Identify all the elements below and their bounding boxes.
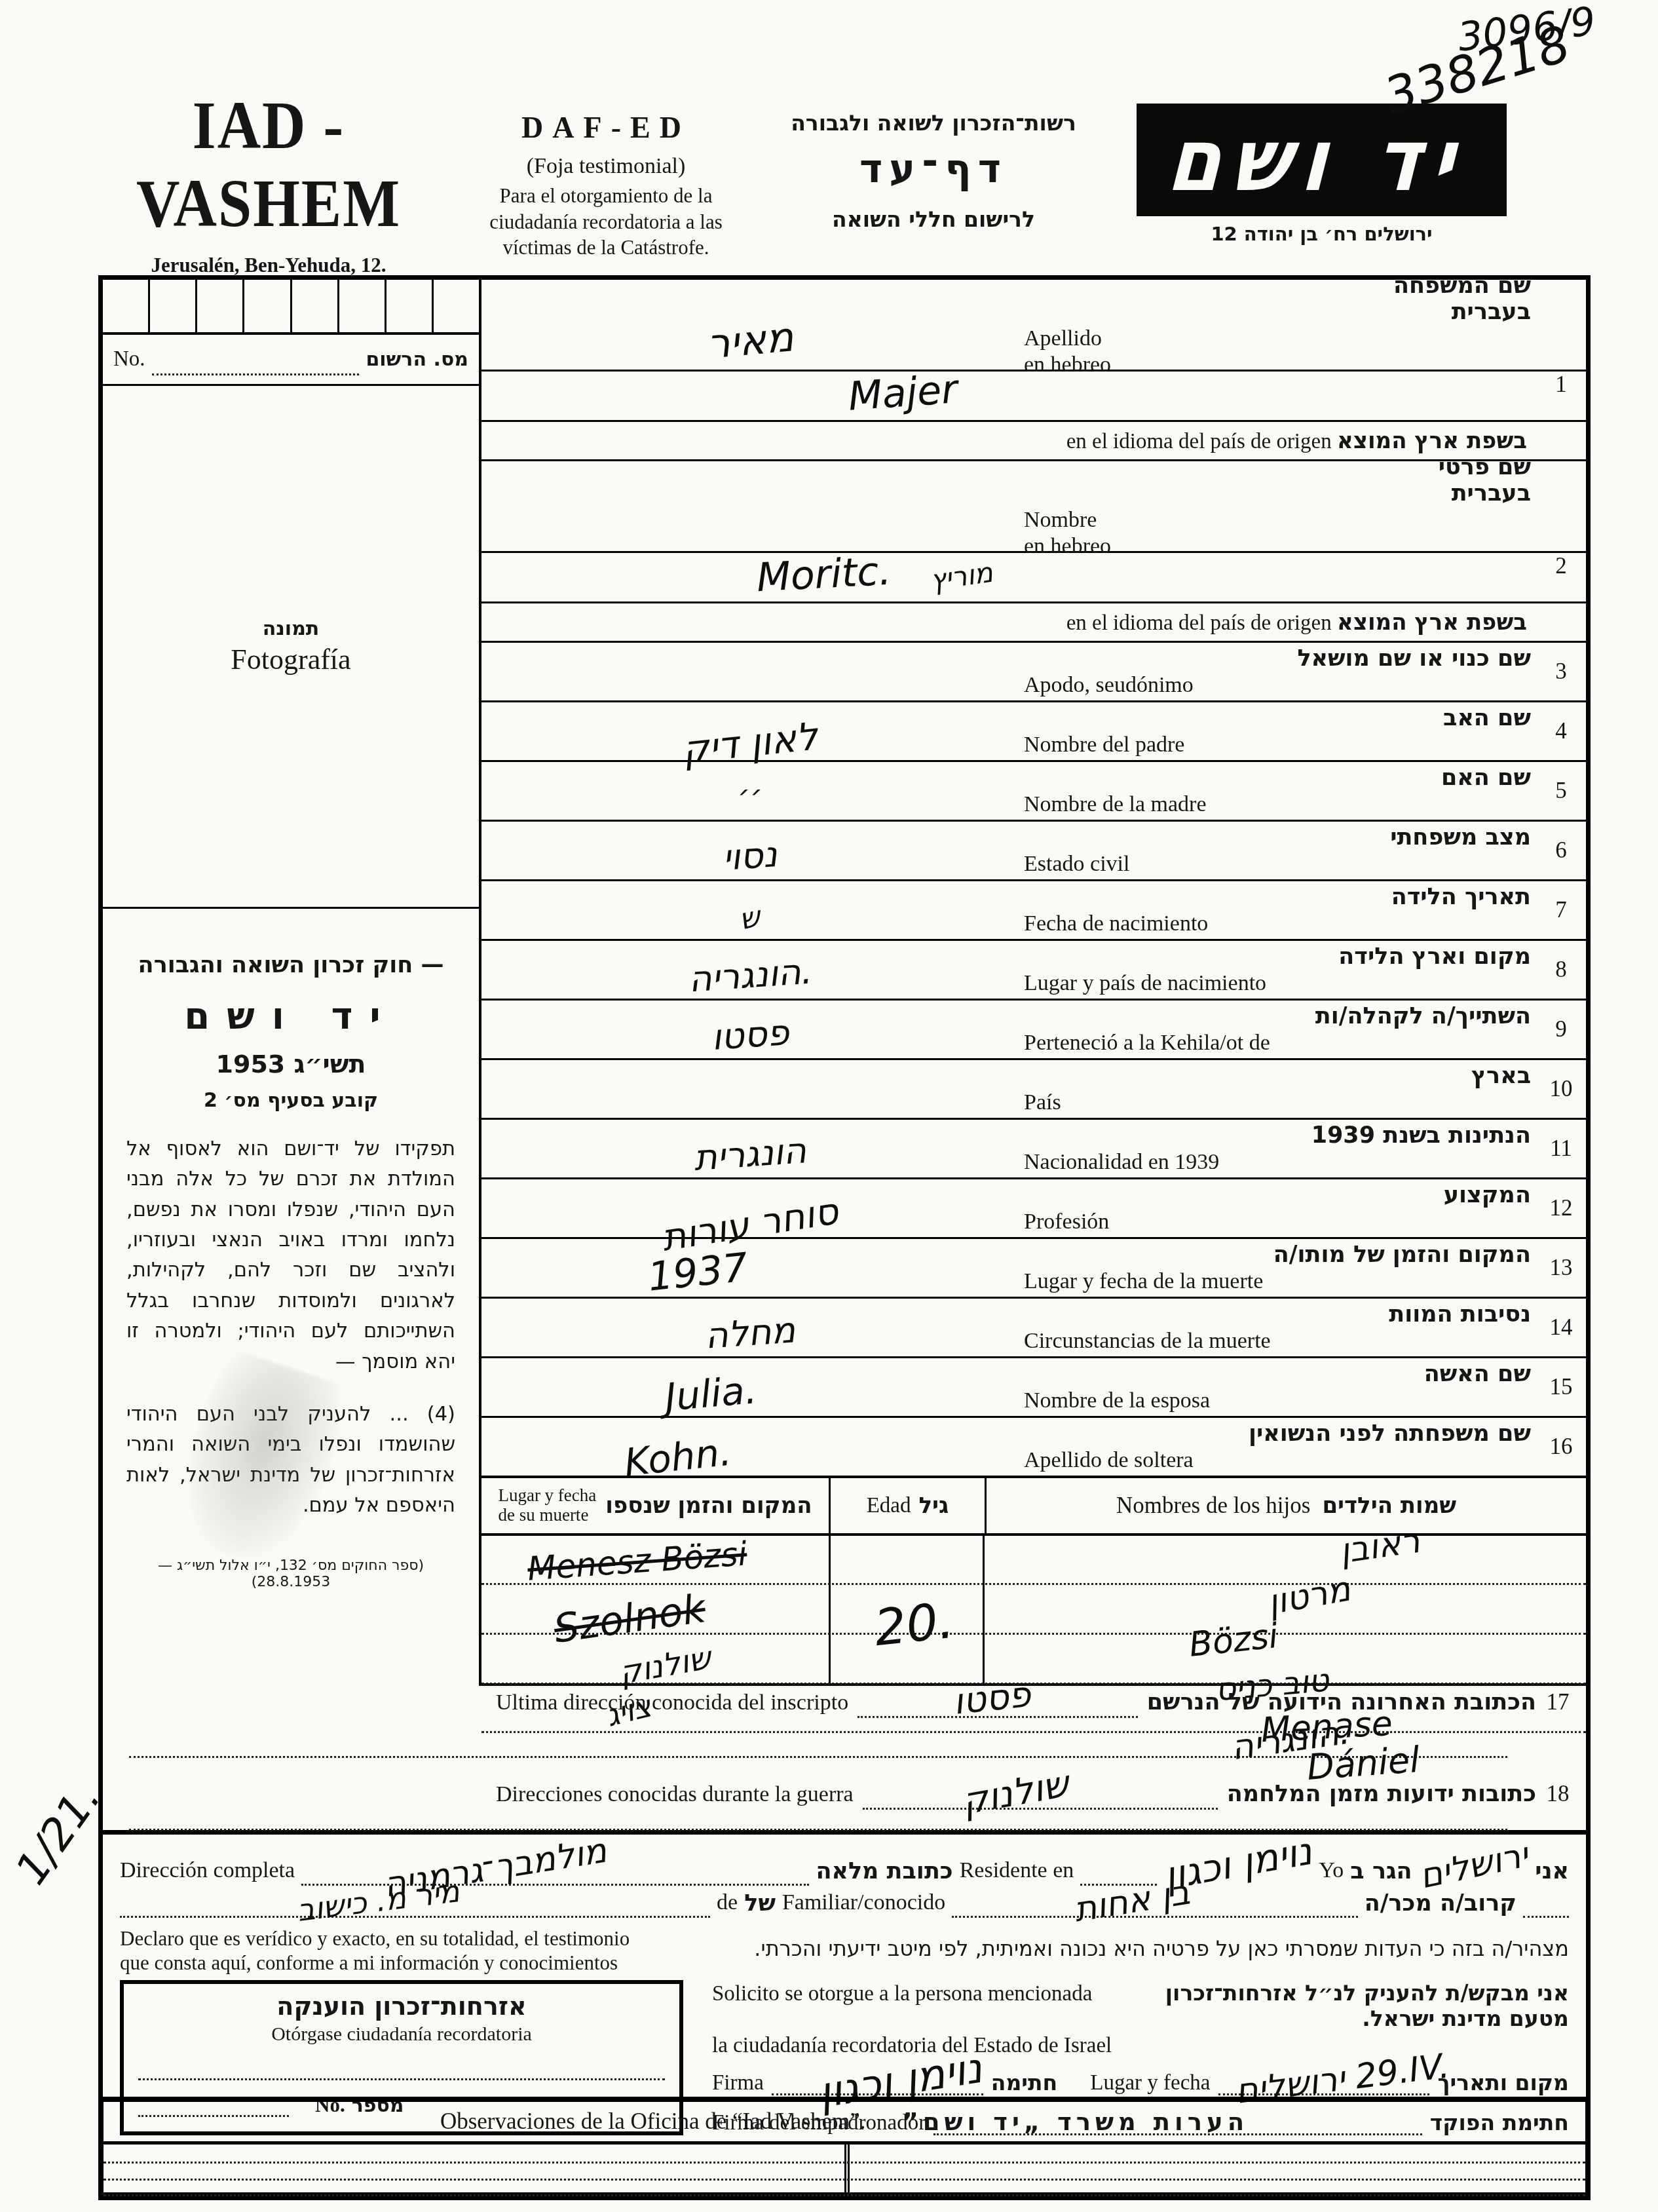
- code-cell: [103, 280, 150, 332]
- handwritten-entry: Kohn.: [622, 1430, 734, 1485]
- observations-title: Observaciones de la Oficina de “Iad Vash…: [104, 2102, 1585, 2145]
- row-label: שם משפחתה לפני הנשואיןApellido de solter…: [1019, 1418, 1536, 1476]
- row-number: 9: [1536, 1001, 1586, 1058]
- label-hebrew-2: בעברית: [1452, 299, 1531, 325]
- handwritten-war-address: שולנוק: [959, 1763, 1072, 1823]
- row-profesion: סוחר עורות המקצועProfesión 12: [481, 1179, 1586, 1239]
- code-cell: [292, 280, 339, 332]
- column-divider: [983, 1536, 985, 1683]
- handwritten-name-origin: Moritc.: [755, 548, 892, 601]
- org-address: Jerusalén, Ben-Yehuda, 12.: [102, 254, 436, 277]
- form-subtitle: (Foja testimonial): [452, 154, 760, 179]
- shel-label: של: [744, 1890, 776, 1916]
- row2-origin-entry: Moritc. מוריץ: [481, 553, 1586, 603]
- photo-box: תמונה Fotografía: [103, 386, 479, 909]
- handwritten-entry: הונגרית: [692, 1130, 808, 1179]
- handwritten-entry: Julia.: [663, 1367, 758, 1420]
- label-hebrew: שם האב: [1443, 705, 1531, 731]
- handwritten-entry: ׳׳: [738, 778, 763, 813]
- authority-name-hebrew: רשות־הזכרון לשואה ולגבורה: [773, 110, 1094, 136]
- row-circunstancias: מחלה נסיבות המוותCircunstancias de la mu…: [481, 1299, 1586, 1358]
- handwritten-entry: נסוי: [721, 833, 779, 879]
- label-spanish: Profesión: [1024, 1210, 1109, 1234]
- familiar-label: Familiar/conocido: [782, 1890, 945, 1915]
- label-hebrew: נסיבות המוות: [1389, 1301, 1531, 1327]
- label-spanish: Apodo, seudónimo: [1024, 673, 1194, 698]
- row-label: בארץPaís: [1019, 1060, 1536, 1118]
- row1-origin-entry: Majer: [481, 372, 1586, 422]
- relation-line: מיר מ. כישוב de של Familiar/conocido בן …: [120, 1886, 1569, 1918]
- lugar-label-hebrew: מקום ותאריך: [1437, 2070, 1569, 2095]
- center-divider: [844, 2145, 850, 2196]
- form-title-block: DAF-ED (Foja testimonial) Para el otorga…: [452, 110, 760, 261]
- grant-title-hebrew: אזרחות־זכרון הוענקה: [138, 1992, 665, 2021]
- entry-area: נסוי: [481, 822, 1019, 879]
- label-hebrew: המקצוע: [1444, 1182, 1531, 1208]
- entry-dotted-line: פסטו: [857, 1686, 1138, 1718]
- label-spanish: País: [1024, 1090, 1061, 1115]
- age-label-spanish: Edad: [867, 1494, 911, 1518]
- entry-area: ׳׳: [481, 762, 1019, 820]
- entry-area: [481, 461, 1019, 551]
- children-death-header: Lugar y fecha de su muerte המקום והזמן ש…: [481, 1478, 831, 1533]
- label-hebrew: המקום והזמן של מותו/ה: [1273, 1242, 1531, 1268]
- row-label: שם האבNombre del padre: [1019, 702, 1536, 760]
- grant-dotted-line: [138, 2061, 665, 2080]
- row-lugar-muerte: 1937 המקום והזמן של מותו/הLugar y fecha …: [481, 1239, 1586, 1299]
- handwritten-child-name-3: Bözsi: [1187, 1616, 1280, 1665]
- code-cell: [197, 280, 244, 332]
- firma-dotted: נוימן וכגון: [772, 2067, 983, 2095]
- code-cell: [339, 280, 386, 332]
- label-spanish: Lugar y fecha de la muerte: [1024, 1269, 1263, 1294]
- children-death-label-line2: de su muerte: [498, 1505, 588, 1525]
- handwritten-death-place-1: Menesz Bözsi: [526, 1535, 748, 1588]
- row-number: 5: [1536, 762, 1586, 820]
- row-nacionalidad: הונגרית הנתינות בשנת 1939Nacionalidad en…: [481, 1120, 1586, 1179]
- row-label: תאריך הלידהFecha de nacimiento: [1019, 881, 1536, 939]
- row2-hebrew-subrow: שם פרטי בעברית Nombre en hebreo: [481, 461, 1586, 553]
- handwritten-entry: ש: [737, 900, 763, 937]
- org-block: IAD - VASHEM Jerusalén, Ben-Yehuda, 12.: [102, 95, 436, 277]
- label-hebrew: מקום וארץ הלידה: [1338, 944, 1531, 970]
- label-hebrew: שם פרטי: [1439, 454, 1531, 480]
- row-number: 16: [1536, 1418, 1586, 1476]
- row-number: 7: [1536, 881, 1586, 939]
- dotted-row-line: [104, 2162, 1585, 2164]
- row-number: 14: [1536, 1299, 1586, 1356]
- main-form-table: No. מס. הרשום תמונה Fotografía — חוק זכר…: [98, 275, 1591, 1835]
- law-section: קובע בסעיף מס׳ 2: [126, 1089, 455, 1112]
- origin-label: en el idioma del país de origen בשפת ארץ…: [1066, 609, 1586, 636]
- origin-label-hebrew: בשפת ארץ המוצא: [1337, 609, 1527, 636]
- entry-area: [481, 1060, 1019, 1118]
- origin-label-spanish: en el idioma del país de origen: [1066, 430, 1332, 453]
- entry-area: הונגריה.: [481, 941, 1019, 999]
- entry-area: מחלה: [481, 1299, 1019, 1356]
- children-death-label-line1: Lugar y fecha: [498, 1485, 596, 1505]
- label-spanish: Nombre: [1024, 508, 1097, 533]
- direccion-dotted: מולמבך־גרמניה: [301, 1854, 809, 1886]
- observations-body: [104, 2145, 1585, 2196]
- form-desc-line2: ciudadanía recordatoria a las: [489, 210, 722, 233]
- dotted-row-line: [104, 2194, 1585, 2196]
- column-divider: [829, 1536, 831, 1683]
- age-label-hebrew: גיל: [919, 1493, 949, 1519]
- row-number: 18: [1536, 1781, 1579, 1807]
- direccion-completa-label: Dirección completa: [120, 1858, 295, 1883]
- row17-line: Ultima dirección conocida del inscripto …: [103, 1686, 1586, 1718]
- form-title: DAF-ED: [452, 110, 760, 145]
- handwritten-entry: פסטו: [710, 1012, 791, 1058]
- children-death-label-hebrew: המקום והזמן שנספו: [605, 1493, 812, 1519]
- label-spanish: Nombre de la esposa: [1024, 1388, 1210, 1413]
- entry-area: Kohn.: [481, 1418, 1019, 1476]
- karov-label: קרוב/ה מכר/ה: [1365, 1890, 1517, 1916]
- row-number: 11: [1536, 1120, 1586, 1177]
- testimony-section: Dirección completa מולמבך־גרמניה כתובת מ…: [98, 1835, 1591, 2097]
- continuation-dotted-line: הונגריה.: [129, 1756, 1507, 1758]
- code-box-strip: [103, 280, 479, 335]
- handwritten-last-address: פסטו: [951, 1673, 1032, 1723]
- row-label: המקום והזמן של מותו/הLugar y fecha de la…: [1019, 1239, 1536, 1297]
- handwritten-surname-hebrew: מאיר: [705, 313, 795, 368]
- entry-area: הונגרית: [481, 1120, 1019, 1177]
- children-header: Lugar y fecha de su muerte המקום והזמן ש…: [481, 1478, 1586, 1536]
- header: IAD - VASHEM Jerusalén, Ben-Yehuda, 12. …: [0, 0, 1658, 275]
- relation-dotted: בן אחות: [952, 1886, 1358, 1918]
- row-number: 3: [1536, 643, 1586, 700]
- label-hebrew: מצב משפחתי: [1390, 824, 1531, 850]
- row-number: 17: [1536, 1689, 1579, 1715]
- row-label: שם האשהNombre de la esposa: [1019, 1358, 1536, 1416]
- children-names-header: Nombres de los hijos שמות הילדים: [987, 1478, 1586, 1533]
- entry-area: 1937: [481, 1239, 1019, 1297]
- label-spanish: Apellido: [1024, 326, 1102, 351]
- residente-label: Residente en: [960, 1858, 1074, 1883]
- dotted-row-line: [104, 2179, 1585, 2181]
- code-cell: [244, 280, 292, 332]
- num-spacer: [1536, 280, 1586, 370]
- form-desc: Para el otorgamiento de la ciudadanía re…: [452, 183, 760, 261]
- label-hebrew: שם האם: [1441, 765, 1531, 791]
- names-label-hebrew: שמות הילדים: [1322, 1493, 1456, 1519]
- origin-label: en el idioma del país de origen בשפת ארץ…: [1066, 428, 1586, 454]
- solicito-hebrew: אני מבקש/ת להעניק לנ״ל אזרחות־זכרון מטעם…: [1101, 1980, 1569, 2031]
- form-desc-hebrew: לרישום חללי השואה: [773, 206, 1094, 232]
- label-spanish: Direcciones conocidas durante la guerra: [496, 1782, 854, 1807]
- row-label: המקצועProfesión: [1019, 1179, 1536, 1237]
- row-number: 10: [1536, 1060, 1586, 1118]
- right-column: מאיר שם המשפחה בעברית Apellido en hebreo…: [481, 280, 1586, 1686]
- label-spanish: Nacionalidad en 1939: [1024, 1150, 1219, 1175]
- row-nombre: שם פרטי בעברית Nombre en hebreo Moritc. …: [481, 461, 1586, 643]
- row-number: 4: [1536, 702, 1586, 760]
- grant-title-spanish: Otórgase ciudadanía recordatoria: [138, 2023, 665, 2046]
- origin-label-spanish: en el idioma del país de origen: [1066, 611, 1332, 635]
- row-fecha-nacimiento: ש תאריך הלידהFecha de nacimiento 7: [481, 881, 1586, 941]
- code-cell: [150, 280, 197, 332]
- children-table: Lugar y fecha de su muerte המקום והזמן ש…: [481, 1478, 1586, 1686]
- label-hebrew: שם האשה: [1424, 1361, 1531, 1387]
- ani-label: אני: [1535, 1858, 1569, 1884]
- row-number: 13: [1536, 1239, 1586, 1297]
- testimony-page: IAD - VASHEM Jerusalén, Ben-Yehuda, 12. …: [0, 0, 1658, 2212]
- handwritten-child-name-2: מרטון: [1265, 1569, 1353, 1622]
- photo-label-hebrew: תמונה: [263, 617, 320, 640]
- hebrew-title-block: רשות־הזכרון לשואה ולגבורה דף־עד לרישום ח…: [773, 110, 1094, 232]
- entry-area: סוחר עורות: [481, 1179, 1019, 1237]
- yad-vashem-logo: יד ושם ירושלים רח׳ בן יהודה 12: [1137, 104, 1507, 245]
- standard-rows: שם כנוי או שם מושאלApodo, seudónimo 3 לא…: [481, 643, 1586, 1478]
- declaration-line: Declaro que es verídico y exacto, en su …: [120, 1918, 1569, 1975]
- row-label: שם האםNombre de la madre: [1019, 762, 1536, 820]
- lugar-fecha-label: Lugar y fecha: [1090, 2071, 1210, 2095]
- handwritten-name-hebrew-note: מוריץ: [928, 556, 995, 597]
- photo-label-spanish: Fotografía: [231, 643, 350, 676]
- row-label: שם כנוי או שם מושאלApodo, seudónimo: [1019, 643, 1536, 700]
- row-lugar-nacimiento: הונגריה. מקום וארץ הלידהLugar y país de …: [481, 941, 1586, 1001]
- entry-area: מאיר: [481, 280, 1019, 370]
- label-hebrew: השתייך/ה לקהלה/ות: [1315, 1003, 1531, 1029]
- label-spanish: Nombre del padre: [1024, 733, 1184, 757]
- row-padre: לאון דיק שם האבNombre del padre 4: [481, 702, 1586, 762]
- handwritten-entry: מחלה: [704, 1309, 797, 1356]
- names-label-spanish: Nombres de los hijos: [1116, 1493, 1311, 1519]
- row-number: 15: [1536, 1358, 1586, 1416]
- entry-area: Julia.: [481, 1358, 1019, 1416]
- label-spanish: Circunstancias de la muerte: [1024, 1329, 1271, 1354]
- de-label: de: [717, 1890, 738, 1915]
- label-spanish: Ultima dirección conocida del inscripto: [496, 1690, 848, 1715]
- org-name: IAD - VASHEM: [102, 86, 436, 242]
- law-year: תשי״ג 1953: [126, 1050, 455, 1078]
- declaration-hebrew: מצהיר/ה בזה כי העדות שמסרתי כאן על פרטיה…: [644, 1927, 1569, 1975]
- logo-text: יד ושם: [1161, 109, 1483, 211]
- label-hebrew: הכתובת האחרונה הידועה של הנרשם: [1147, 1689, 1536, 1715]
- entry-dotted-line: שולנוק: [863, 1778, 1218, 1810]
- label-spanish: Apellido de soltera: [1024, 1448, 1194, 1473]
- handwritten-death-place-2: Szolnok: [551, 1586, 708, 1652]
- children-death-label-spanish: Lugar y fecha de su muerte: [498, 1486, 596, 1525]
- entry-area: [481, 643, 1019, 700]
- row-number: 12: [1536, 1179, 1586, 1237]
- declaration-spanish: Declaro que es verídico y exacto, en su …: [120, 1927, 644, 1975]
- handwritten-entry: 1937: [645, 1244, 749, 1301]
- registration-number-line: No. מס. הרשום: [103, 335, 479, 386]
- trailing-dotted: [1523, 1886, 1569, 1918]
- entry-area: לאון דיק: [481, 702, 1019, 760]
- no-label: No.: [113, 347, 145, 372]
- law-yad-vashem: יד ושם: [126, 995, 455, 1038]
- row-number: 2: [1536, 553, 1586, 579]
- label-spanish: Lugar y país de nacimiento: [1024, 971, 1266, 996]
- label-spanish: Estado civil: [1024, 852, 1129, 877]
- yo-label: Yo: [1319, 1858, 1344, 1883]
- row-label: הנתינות בשנת 1939Nacionalidad en 1939: [1019, 1120, 1536, 1177]
- solicito-line: Solicito se otorgue a la persona mencion…: [712, 1980, 1569, 2031]
- firma-label-hebrew: חתימה: [991, 2070, 1057, 2095]
- law-title: — חוק זכרון השואה והגבורה: [126, 952, 455, 978]
- row1-origin-label: en el idioma del país de origen בשפת ארץ…: [481, 422, 1586, 459]
- observations-label-spanish: Observaciones de la Oficina de “Iad Vash…: [440, 2108, 866, 2135]
- form-desc-line3: víctimas de la Catástrofe.: [502, 236, 709, 259]
- num-spacer: [1536, 461, 1586, 551]
- label-hebrew: שם המשפחה: [1393, 273, 1531, 299]
- label-spanish: Nombre de la madre: [1024, 792, 1207, 817]
- no-label-hebrew: מס. הרשום: [366, 348, 468, 371]
- label-hebrew: תאריך הלידה: [1391, 884, 1531, 910]
- entry-area: פסטו: [481, 1001, 1019, 1058]
- handwritten-entry: הונגריה.: [687, 950, 814, 1000]
- firma-line: Firma נוימן וכגון חתימה Lugar y fecha יר…: [712, 2067, 1569, 2095]
- handwritten-age: 20.: [872, 1591, 957, 1657]
- form-desc-line1: Para el otorgamiento de la: [500, 184, 713, 207]
- label-hebrew: שם משפחתה לפני הנשואין: [1249, 1421, 1531, 1447]
- children-age-header: Edad גיל: [831, 1478, 987, 1533]
- label-hebrew-2: בעברית: [1452, 480, 1531, 506]
- row-apodo: שם כנוי או שם מושאלApodo, seudónimo 3: [481, 643, 1586, 702]
- row-number: 8: [1536, 941, 1586, 999]
- origin-label-hebrew: בשפת ארץ המוצא: [1337, 428, 1527, 454]
- law-paragraph-1: תפקידו של יד־ושם הוא לאסוף אל המולדת את …: [126, 1134, 455, 1377]
- handwritten-surname-origin: Majer: [847, 366, 959, 419]
- row-label: נסיבות המוותCircunstancias de la muerte: [1019, 1299, 1536, 1356]
- children-body: Menesz Bözsi Szolnok שולנוק צויג 20. ראו…: [481, 1536, 1586, 1683]
- row-madre: ׳׳ שם האםNombre de la madre 5: [481, 762, 1586, 822]
- label-hebrew: כתובות ידועות מזמן המלחמה: [1227, 1781, 1536, 1807]
- row2-origin-label: en el idioma del país de origen בשפת ארץ…: [481, 603, 1586, 641]
- label-spanish: Perteneció a la Kehila/ot de: [1024, 1031, 1270, 1056]
- form-title-hebrew: דף־עד: [773, 146, 1094, 192]
- lugar-dotted: ירושלים ‎29.IV.: [1218, 2067, 1430, 2095]
- row-kehila: פסטו השתייך/ה לקהלה/ותPerteneció a la Ke…: [481, 1001, 1586, 1060]
- row-estado-civil: נסוי מצב משפחתיEstado civil 6: [481, 822, 1586, 881]
- label-hebrew: הנתינות בשנת 1939: [1311, 1122, 1531, 1149]
- margin-note-handwritten: 1/21.: [6, 1774, 111, 1894]
- row-label: מקום וארץ הלידהLugar y país de nacimient…: [1019, 941, 1536, 999]
- observations-label-hebrew: הערות משרד „יד ושם”: [902, 2108, 1249, 2136]
- row-label: השתייך/ה לקהלה/ותPerteneció a la Kehila/…: [1019, 1001, 1536, 1058]
- label-hebrew: בארץ: [1471, 1063, 1531, 1089]
- row-label: שם המשפחה בעברית Apellido en hebreo: [1019, 280, 1536, 370]
- entry-area: ש: [481, 881, 1019, 939]
- observations-section: Observaciones de la Oficina de “Iad Vash…: [98, 2097, 1591, 2200]
- row-apellido: מאיר שם המשפחה בעברית Apellido en hebreo…: [481, 280, 1586, 461]
- code-cell: [434, 280, 479, 332]
- label-spanish: Fecha de nacimiento: [1024, 911, 1208, 936]
- logo-address: ירושלים רח׳ בן יהודה 12: [1137, 223, 1507, 245]
- direccion-dotted-2: מיר מ. כישוב: [120, 1886, 710, 1918]
- row-esposa: Julia. שם האשהNombre de la esposa 15: [481, 1358, 1586, 1418]
- code-cell: [386, 280, 434, 332]
- row-label: שם פרטי בעברית Nombre en hebreo: [1019, 461, 1536, 551]
- hagar-be-label: הגר ב: [1350, 1858, 1412, 1884]
- declarant-line: Dirección completa מולמבך־גרמניה כתובת מ…: [120, 1841, 1569, 1886]
- row-apellido-soltera: Kohn. שם משפחתה לפני הנשואיןApellido de …: [481, 1418, 1586, 1478]
- solicito-spanish: Solicito se otorgue a la persona mencion…: [712, 1982, 1092, 2006]
- row-pais: בארץPaís 10: [481, 1060, 1586, 1120]
- row-number: 1: [1536, 372, 1586, 398]
- row1-hebrew-subrow: מאיר שם המשפחה בעברית Apellido en hebreo: [481, 280, 1586, 372]
- row-number: 6: [1536, 822, 1586, 879]
- logo-box: יד ושם: [1137, 104, 1507, 216]
- direccion-label-hebrew: כתובת מלאה: [816, 1858, 952, 1884]
- label-hebrew: שם כנוי או שם מושאל: [1297, 645, 1531, 672]
- no-dotted-line: [152, 343, 360, 375]
- firma-label: Firma: [712, 2071, 764, 2095]
- row-label: מצב משפחתיEstado civil: [1019, 822, 1536, 879]
- dotted-row-line: [481, 1583, 1586, 1585]
- handwritten-child-name-6: Dániel: [1306, 1739, 1421, 1788]
